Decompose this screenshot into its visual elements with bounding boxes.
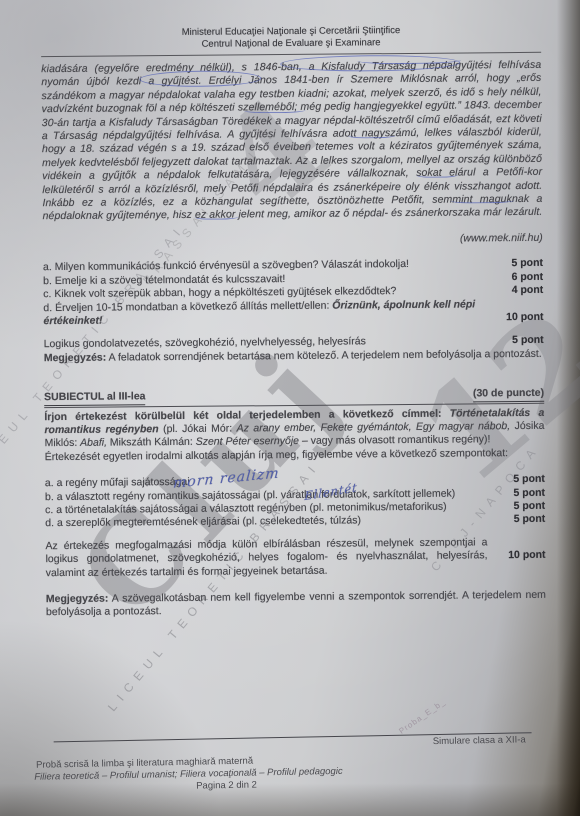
source-attribution: (www.mek.niif.hu) [43,232,543,250]
note-label: Megjegyzés: [46,593,109,606]
note-text: A szövegalkotásban nem kell figyelembe v… [46,589,546,619]
points-label: 5 pont [492,334,544,348]
question-row-d: d. Érveljen 10-15 mondatban a következő … [43,297,543,328]
evaluation-text: Az értekezés megfogalmazási módja külön … [45,536,487,579]
document-content: Ministerul Educaţiei Naţionale şi Cercet… [0,0,580,816]
note-label: Megjegyzés: [44,351,107,364]
novel-title: Szent Péter esernyője [196,435,299,448]
intro-seg: (pl. Jókai Mór: [163,422,237,435]
subject3-title: SUBIECTUL al III-lea [44,390,145,405]
points-label: 4 pont [491,284,543,298]
subject3-points: (30 de puncte) [473,387,544,402]
page-footer: Simulare clasa a XII-a Probă scrisă la l… [0,732,567,797]
points-label: 5 pont [493,473,545,487]
points-label: 5 pont [491,257,543,271]
question-text: d. Érveljen 10-15 mondatban a következő … [43,298,491,329]
novel-titles: Az arany ember, Fekete gyémántok, Egy ma… [237,420,511,434]
evaluation-paragraph: Az értekezés megfogalmazási módja külön … [45,536,545,581]
points-label: 5 pont [493,500,545,514]
question-d-prefix: d. Érveljen 10-15 mondatban a következő … [43,299,332,314]
subject3-heading-row: SUBIECTUL al III-lea (30 de puncte) [44,387,544,408]
subject2-questions: a. Milyen kommunikációs funkció érvényes… [43,257,544,328]
points-label: 10 pont [491,311,543,325]
novel-title: Abafi, [80,437,107,449]
points-label: 10 pont [493,549,545,563]
intro-seg: – vagy más olvasott romantikus regény)! [299,434,491,448]
aspect-text: d. a szereplők megteremtésének eljárásai… [45,514,493,531]
points-label: 5 pont [493,513,545,527]
intro-seg: Mikszáth Kálmán: [107,436,196,449]
scanned-exam-photo: 4 12 Cluj LICEUL TEORETIC BRASSAI LICEUL… [0,0,580,816]
points-label: 5 pont [493,486,545,500]
subject3-aspects: a. a regény műfaji sajátosságai 5 pont b… [45,473,545,531]
source-paragraph: kiadására (egyelőre eredmény nélkül), s … [41,59,542,224]
note-subject3: Megjegyzés: A szövegalkotásban nem kell … [46,589,546,620]
header-rule [41,52,541,57]
points-label: 6 pont [491,270,543,284]
subject3-intro: Írjon értekezést körülbelül két oldal te… [44,406,544,451]
note-text: A feladatok sorrendjének betartása nem k… [106,348,542,364]
